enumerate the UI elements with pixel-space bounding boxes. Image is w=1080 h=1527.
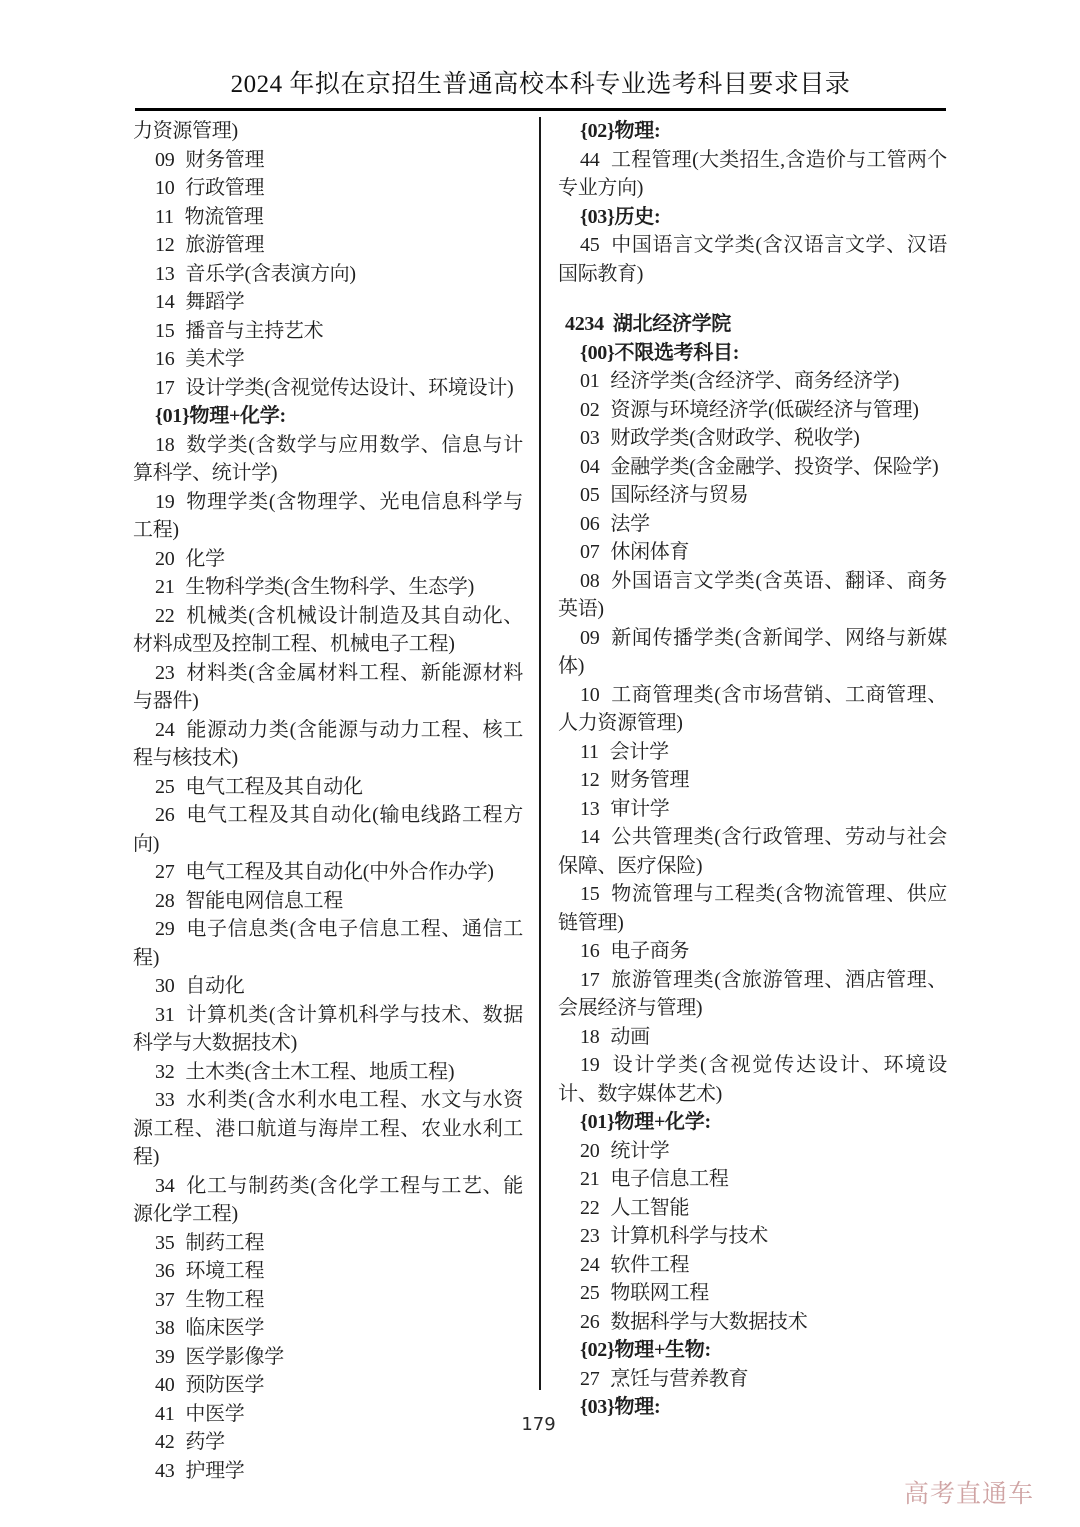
major-code: 02 (580, 399, 599, 421)
label-text: 工程管理(大类招生,含造价与工管两个专业方向) (558, 149, 947, 200)
major-code: 26 (580, 1311, 599, 1333)
label-text: 机械类(含机械设计制造及其自动化、材料成型及控制工程、机械电子工程) (133, 605, 523, 656)
label-text: 化学 (185, 548, 224, 570)
major-code: 27 (580, 1368, 599, 1390)
major-entry: 11物流管理 (133, 203, 523, 232)
label-text: 旅游管理 (185, 234, 264, 256)
major-entry: 03财政学类(含财政学、税收学) (558, 424, 947, 453)
major-code: 12 (580, 769, 599, 791)
label-text: 财务管理 (185, 149, 264, 171)
subject-scheme-header: {01}物理+化学: (133, 402, 523, 431)
label-text: 数据科学与大数据技术 (610, 1311, 807, 1333)
label-text: 外国语言文学类(含英语、翻译、商务英语) (558, 570, 947, 621)
major-code: 11 (155, 206, 174, 228)
major-entry: 24能源动力类(含能源与动力工程、核工程与核技术) (133, 716, 523, 773)
major-entry: 02资源与环境经济学(低碳经济与管理) (558, 396, 947, 425)
major-entry: 08外国语言文学类(含英语、翻译、商务英语) (558, 567, 947, 624)
major-code: 19 (155, 491, 174, 513)
page-title: 2024 年拟在京招生普通高校本科专业选考科目要求目录 (135, 68, 946, 102)
school-code: 4234 (565, 313, 604, 335)
label-text: 临床医学 (185, 1317, 264, 1339)
label-text: 电子信息工程 (610, 1168, 728, 1190)
label-text: {01}物理+化学: (580, 1111, 711, 1133)
subject-scheme-header: {02}物理+生物: (558, 1336, 947, 1365)
subject-scheme-header: {01}物理+化学: (558, 1108, 947, 1137)
major-entry: 21电子信息工程 (558, 1165, 947, 1194)
major-entry: 12财务管理 (558, 766, 947, 795)
major-code: 44 (580, 149, 599, 171)
major-code: 15 (580, 883, 599, 905)
label-text: 播音与主持艺术 (185, 320, 323, 342)
major-code: 07 (580, 541, 599, 563)
major-entry: 23材料类(含金属材料工程、新能源材料与器件) (133, 659, 523, 716)
label-text: 行政管理 (185, 177, 264, 199)
major-code: 18 (155, 434, 174, 456)
label-text: 制药工程 (185, 1232, 264, 1254)
label-text: 生物科学类(含生物科学、生态学) (185, 576, 474, 598)
major-code: 21 (155, 576, 174, 598)
label-text: 化工与制药类(含化学工程与工艺、能源化学工程) (133, 1175, 523, 1226)
major-code: 11 (580, 741, 599, 763)
major-entry: 13音乐学(含表演方向) (133, 260, 523, 289)
label-text: 统计学 (610, 1140, 669, 1162)
label-text: 公共管理类(含行政管理、劳动与社会保障、医疗保险) (558, 826, 947, 877)
subject-scheme-header: {03}历史: (558, 203, 947, 232)
major-code: 45 (580, 234, 599, 256)
major-code: 13 (580, 798, 599, 820)
label-text: 水利类(含水利水电工程、水文与水资源工程、港口航道与海岸工程、农业水利工程) (133, 1089, 523, 1168)
major-entry: 06法学 (558, 510, 947, 539)
major-entry: 33水利类(含水利水电工程、水文与水资源工程、港口航道与海岸工程、农业水利工程) (133, 1086, 523, 1172)
major-entry: 10工商管理类(含市场营销、工商管理、人力资源管理) (558, 681, 947, 738)
two-column-body: 力资源管理)09财务管理10行政管理11物流管理12旅游管理13音乐学(含表演方… (133, 117, 947, 1485)
major-code: 10 (155, 177, 174, 199)
label-text: 财政学类(含财政学、税收学) (610, 427, 859, 449)
document-page: 2024 年拟在京招生普通高校本科专业选考科目要求目录 力资源管理)09财务管理… (0, 0, 1080, 1527)
label-text: 土木类(含土木工程、地质工程) (185, 1061, 454, 1083)
major-entry: 29电子信息类(含电子信息工程、通信工程) (133, 915, 523, 972)
major-code: 36 (155, 1260, 174, 1282)
label-text: {02}物理: (580, 120, 660, 142)
major-entry: 36环境工程 (133, 1257, 523, 1286)
major-entry: 26电气工程及其自动化(输电线路工程方向) (133, 801, 523, 858)
major-entry: 20化学 (133, 545, 523, 574)
major-code: 09 (580, 627, 599, 649)
major-entry: 27烹饪与营养教育 (558, 1365, 947, 1394)
major-entry: 44工程管理(大类招生,含造价与工管两个专业方向) (558, 146, 947, 203)
label-text: 物流管理与工程类(含物流管理、供应链管理) (558, 883, 947, 934)
label-text: 设计学类(含视觉传达设计、环境设计) (185, 377, 513, 399)
label-text: {03}历史: (580, 206, 660, 228)
label-text: 物理学类(含物理学、光电信息科学与工程) (133, 491, 523, 542)
label-text: 环境工程 (185, 1260, 264, 1282)
major-code: 38 (155, 1317, 174, 1339)
label-text: 计算机科学与技术 (610, 1225, 768, 1247)
major-code: 13 (155, 263, 174, 285)
major-code: 05 (580, 484, 599, 506)
label-text: 财务管理 (610, 769, 689, 791)
major-code: 28 (155, 890, 174, 912)
major-entry: 30自动化 (133, 972, 523, 1001)
major-code: 37 (155, 1289, 174, 1311)
label-text: 自动化 (185, 975, 244, 997)
major-code: 03 (580, 427, 599, 449)
label-text: 电子信息类(含电子信息工程、通信工程) (133, 918, 523, 969)
major-code: 20 (580, 1140, 599, 1162)
label-text: 能源动力类(含能源与动力工程、核工程与核技术) (133, 719, 523, 770)
major-code: 24 (155, 719, 174, 741)
major-entry: 26数据科学与大数据技术 (558, 1308, 947, 1337)
label-text: 物流管理 (185, 206, 264, 228)
label-text: 生物工程 (185, 1289, 264, 1311)
label-text: 电气工程及其自动化 (185, 776, 362, 798)
label-text: 计算机类(含计算机科学与技术、数据科学与大数据技术) (133, 1004, 523, 1055)
label-text: 工商管理类(含市场营销、工商管理、人力资源管理) (558, 684, 947, 735)
label-text: 预防医学 (185, 1374, 264, 1396)
label-text: 旅游管理类(含旅游管理、酒店管理、会展经济与管理) (558, 969, 947, 1020)
major-code: 14 (580, 826, 599, 848)
major-code: 23 (155, 662, 174, 684)
major-entry: 18数学类(含数学与应用数学、信息与计算科学、统计学) (133, 431, 523, 488)
page-number: 179 (133, 1414, 944, 1435)
major-entry: 24软件工程 (558, 1251, 947, 1280)
label-text: 智能电网信息工程 (185, 890, 343, 912)
school-header: 4234湖北经济学院 (558, 310, 947, 339)
major-code: 17 (580, 969, 599, 991)
label-text: 电子商务 (610, 940, 689, 962)
major-code: 35 (155, 1232, 174, 1254)
subject-scheme-header: {00}不限选考科目: (558, 339, 947, 368)
major-entry: 22机械类(含机械设计制造及其自动化、材料成型及控制工程、机械电子工程) (133, 602, 523, 659)
label-text: 资源与环境经济学(低碳经济与管理) (610, 399, 918, 421)
major-code: 33 (155, 1089, 174, 1111)
major-entry: 16电子商务 (558, 937, 947, 966)
major-entry: 32土木类(含土木工程、地质工程) (133, 1058, 523, 1087)
major-entry: 34化工与制药类(含化学工程与工艺、能源化学工程) (133, 1172, 523, 1229)
major-code: 31 (155, 1004, 174, 1026)
right-column: {02}物理:44工程管理(大类招生,含造价与工管两个专业方向){03}历史:4… (558, 117, 947, 1422)
major-code: 16 (155, 348, 174, 370)
label-text: 设计学类(含视觉传达设计、环境设计、数字媒体艺术) (558, 1054, 947, 1105)
major-code: 10 (580, 684, 599, 706)
major-entry: 09新闻传播学类(含新闻学、网络与新媒体) (558, 624, 947, 681)
label-text: 经济学类(含经济学、商务经济学) (610, 370, 899, 392)
header-rule (135, 108, 946, 111)
major-entry: 13审计学 (558, 795, 947, 824)
major-code: 23 (580, 1225, 599, 1247)
major-entry: 20统计学 (558, 1137, 947, 1166)
major-entry: 28智能电网信息工程 (133, 887, 523, 916)
major-entry: 09财务管理 (133, 146, 523, 175)
label-text: 烹饪与营养教育 (610, 1368, 748, 1390)
major-entry: 16美术学 (133, 345, 523, 374)
label-text: 审计学 (610, 798, 669, 820)
label-text: 中国语言文学类(含汉语言文学、汉语国际教育) (558, 234, 947, 285)
label-text: 音乐学(含表演方向) (185, 263, 355, 285)
major-entry: 07休闲体育 (558, 538, 947, 567)
label-text: 物联网工程 (610, 1282, 709, 1304)
major-entry: 15播音与主持艺术 (133, 317, 523, 346)
major-code: 01 (580, 370, 599, 392)
label-text: 动画 (610, 1026, 649, 1048)
major-code: 17 (155, 377, 174, 399)
major-entry: 35制药工程 (133, 1229, 523, 1258)
label-text: 护理学 (185, 1460, 244, 1482)
major-code: 12 (155, 234, 174, 256)
label-text: 力资源管理) (133, 120, 238, 142)
major-code: 25 (580, 1282, 599, 1304)
major-entry: 38临床医学 (133, 1314, 523, 1343)
major-code: 21 (580, 1168, 599, 1190)
major-entry: 43护理学 (133, 1457, 523, 1486)
left-column: 力资源管理)09财务管理10行政管理11物流管理12旅游管理13音乐学(含表演方… (133, 117, 523, 1485)
label-text: 数学类(含数学与应用数学、信息与计算科学、统计学) (133, 434, 523, 485)
label-text: 新闻传播学类(含新闻学、网络与新媒体) (558, 627, 947, 678)
major-code: 34 (155, 1175, 174, 1197)
label-text: 人工智能 (610, 1197, 689, 1219)
major-code: 22 (580, 1197, 599, 1219)
major-entry: 40预防医学 (133, 1371, 523, 1400)
major-entry: 21生物科学类(含生物科学、生态学) (133, 573, 523, 602)
major-entry: 39医学影像学 (133, 1343, 523, 1372)
label-text: 法学 (610, 513, 649, 535)
major-entry: 17设计学类(含视觉传达设计、环境设计) (133, 374, 523, 403)
major-entry: 19物理学类(含物理学、光电信息科学与工程) (133, 488, 523, 545)
major-code: 18 (580, 1026, 599, 1048)
label-text: 舞蹈学 (185, 291, 244, 313)
major-entry: 23计算机科学与技术 (558, 1222, 947, 1251)
major-code: 06 (580, 513, 599, 535)
major-code: 29 (155, 918, 174, 940)
label-text: 金融学类(含金融学、投资学、保险学) (610, 456, 938, 478)
major-code: 22 (155, 605, 174, 627)
label-text: 休闲体育 (610, 541, 689, 563)
label-text: {00}不限选考科目: (580, 342, 739, 364)
major-code: 09 (155, 149, 174, 171)
major-entry: 17旅游管理类(含旅游管理、酒店管理、会展经济与管理) (558, 966, 947, 1023)
label-text: 美术学 (185, 348, 244, 370)
label-text: 医学影像学 (185, 1346, 284, 1368)
school-name: 湖北经济学院 (613, 313, 731, 335)
major-entry: 10行政管理 (133, 174, 523, 203)
label-text: 软件工程 (610, 1254, 689, 1276)
wrapped-continuation-text: 力资源管理) (133, 117, 523, 146)
major-code: 08 (580, 570, 599, 592)
label-text: {01}物理+化学: (155, 405, 286, 427)
major-code: 32 (155, 1061, 174, 1083)
label-text: 国际经济与贸易 (610, 484, 748, 506)
major-entry: 15物流管理与工程类(含物流管理、供应链管理) (558, 880, 947, 937)
major-code: 16 (580, 940, 599, 962)
major-code: 15 (155, 320, 174, 342)
major-entry: 25物联网工程 (558, 1279, 947, 1308)
major-entry: 19设计学类(含视觉传达设计、环境设计、数字媒体艺术) (558, 1051, 947, 1108)
label-text: 电气工程及其自动化(输电线路工程方向) (133, 804, 523, 855)
major-entry: 11会计学 (558, 738, 947, 767)
major-entry: 01经济学类(含经济学、商务经济学) (558, 367, 947, 396)
major-entry: 18动画 (558, 1023, 947, 1052)
major-code: 40 (155, 1374, 174, 1396)
major-code: 14 (155, 291, 174, 313)
label-text: 电气工程及其自动化(中外合作办学) (185, 861, 493, 883)
major-entry: 05国际经济与贸易 (558, 481, 947, 510)
major-entry: 12旅游管理 (133, 231, 523, 260)
major-code: 43 (155, 1460, 174, 1482)
major-entry: 14舞蹈学 (133, 288, 523, 317)
label-text: 材料类(含金属材料工程、新能源材料与器件) (133, 662, 523, 713)
major-code: 26 (155, 804, 174, 826)
major-entry: 04金融学类(含金融学、投资学、保险学) (558, 453, 947, 482)
major-code: 20 (155, 548, 174, 570)
major-code: 04 (580, 456, 599, 478)
major-entry: 22人工智能 (558, 1194, 947, 1223)
major-entry: 31计算机类(含计算机科学与技术、数据科学与大数据技术) (133, 1001, 523, 1058)
major-entry: 37生物工程 (133, 1286, 523, 1315)
major-entry: 25电气工程及其自动化 (133, 773, 523, 802)
major-entry: 27电气工程及其自动化(中外合作办学) (133, 858, 523, 887)
major-code: 27 (155, 861, 174, 883)
major-code: 30 (155, 975, 174, 997)
major-code: 39 (155, 1346, 174, 1368)
subject-scheme-header: {02}物理: (558, 117, 947, 146)
label-text: {02}物理+生物: (580, 1339, 711, 1361)
major-code: 24 (580, 1254, 599, 1276)
watermark-logo: 高考直通车 (904, 1474, 1034, 1510)
major-code: 19 (580, 1054, 599, 1076)
column-divider (539, 117, 541, 1390)
major-entry: 14公共管理类(含行政管理、劳动与社会保障、医疗保险) (558, 823, 947, 880)
major-entry: 45中国语言文学类(含汉语言文学、汉语国际教育) (558, 231, 947, 288)
label-text: 会计学 (610, 741, 669, 763)
major-code: 25 (155, 776, 174, 798)
